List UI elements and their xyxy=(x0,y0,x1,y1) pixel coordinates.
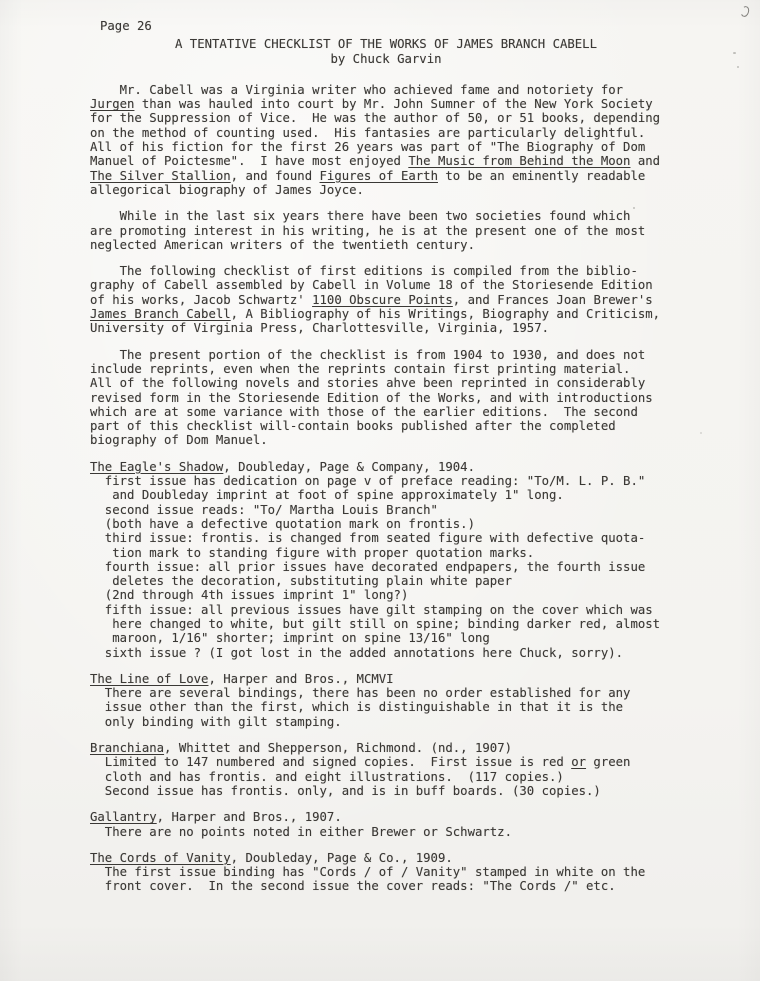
text-segment: are promoting interest in his writing, h… xyxy=(90,224,645,238)
text-segment: fifth issue: all previous issues have gi… xyxy=(90,603,653,617)
underlined-text: Branchiana xyxy=(90,741,164,755)
text-segment: maroon, 1/16" shorter; imprint on spine … xyxy=(90,631,490,645)
text-segment: , Doubleday, Page & Co., 1909. xyxy=(231,851,453,865)
text-segment: biography of Dom Manuel. xyxy=(90,433,268,447)
text-segment: The first issue binding has "Cords / of … xyxy=(90,865,645,879)
text-segment: to be an eminently readable xyxy=(438,169,645,183)
scan-artifact xyxy=(739,5,750,18)
entry-detail-line: fifth issue: all previous issues have gi… xyxy=(90,603,682,617)
text-segment: of his works, Jacob Schwartz' xyxy=(90,293,312,307)
entry-detail-line: fourth issue: all prior issues have deco… xyxy=(90,560,682,574)
text-line: include reprints, even when the reprints… xyxy=(90,362,682,376)
text-line: on the method of counting used. His fant… xyxy=(90,126,682,140)
text-segment: , Harper and Bros., 1907. xyxy=(157,810,342,824)
text-segment: All of the following novels and stories … xyxy=(90,376,645,390)
text-segment: There are no points noted in either Brew… xyxy=(90,825,512,839)
text-segment: tion mark to standing figure with proper… xyxy=(90,546,534,560)
text-line: Jurgen than was hauled into court by Mr.… xyxy=(90,97,682,111)
text-line: While in the last six years there have b… xyxy=(90,209,682,223)
text-line: of his works, Jacob Schwartz' 1100 Obscu… xyxy=(90,293,682,307)
text-segment: third issue: frontis. is changed from se… xyxy=(90,531,645,545)
checklist-entry: The Cords of Vanity, Doubleday, Page & C… xyxy=(90,851,682,894)
text-segment: only binding with gilt stamping. xyxy=(90,715,342,729)
text-line: neglected American writers of the twenti… xyxy=(90,238,682,252)
text-segment: , Harper and Bros., MCMVI xyxy=(208,672,393,686)
text-segment: revised form in the Storiesende Edition … xyxy=(90,391,653,405)
text-segment: front cover. In the second issue the cov… xyxy=(90,879,616,893)
entry-heading: The Eagle's Shadow, Doubleday, Page & Co… xyxy=(90,460,682,474)
entry-heading: The Cords of Vanity, Doubleday, Page & C… xyxy=(90,851,682,865)
underlined-text: The Silver Stallion xyxy=(90,169,231,183)
entry-detail-line: sixth issue ? (I got lost in the added a… xyxy=(90,646,682,660)
entry-detail-line: maroon, 1/16" shorter; imprint on spine … xyxy=(90,631,682,645)
text-segment: for the Suppression of Vice. He was the … xyxy=(90,111,660,125)
entry-heading: The Line of Love, Harper and Bros., MCMV… xyxy=(90,672,682,686)
text-segment: which are at some variance with those of… xyxy=(90,405,638,419)
entry-detail-line: cloth and has frontis. and eight illustr… xyxy=(90,770,682,784)
document-byline: by Chuck Garvin xyxy=(90,52,682,66)
scan-speck xyxy=(700,432,702,434)
text-segment: Mr. Cabell was a Virginia writer who ach… xyxy=(90,83,623,97)
text-line: which are at some variance with those of… xyxy=(90,405,682,419)
entry-detail-line: The first issue binding has "Cords / of … xyxy=(90,865,682,879)
underlined-text: The Eagle's Shadow xyxy=(90,460,223,474)
text-line: The Silver Stallion, and found Figures o… xyxy=(90,169,682,183)
text-line: All of his fiction for the first 26 year… xyxy=(90,140,682,154)
underlined-text: The Line of Love xyxy=(90,672,208,686)
text-segment: Second issue has frontis. only, and is i… xyxy=(90,784,601,798)
text-line: James Branch Cabell, A Bibliography of h… xyxy=(90,307,682,321)
checklist-entry: The Eagle's Shadow, Doubleday, Page & Co… xyxy=(90,460,682,660)
text-segment: than was hauled into court by Mr. John S… xyxy=(134,97,652,111)
text-segment: graphy of Cabell assembled by Cabell in … xyxy=(90,278,653,292)
entry-detail-line: tion mark to standing figure with proper… xyxy=(90,546,682,560)
paragraph: The present portion of the checklist is … xyxy=(90,348,682,448)
entry-heading: Gallantry, Harper and Bros., 1907. xyxy=(90,810,682,824)
text-line: for the Suppression of Vice. He was the … xyxy=(90,111,682,125)
text-segment: Manuel of Poictesme". I have most enjoye… xyxy=(90,154,408,168)
text-segment: on the method of counting used. His fant… xyxy=(90,126,645,140)
page-number-label: Page 26 xyxy=(100,19,682,33)
text-segment: , and found xyxy=(231,169,320,183)
text-segment: sixth issue ? (I got lost in the added a… xyxy=(90,646,623,660)
text-segment: University of Virginia Press, Charlottes… xyxy=(90,321,549,335)
text-line: The following checklist of first edition… xyxy=(90,264,682,278)
text-segment: While in the last six years there have b… xyxy=(90,209,630,223)
scanned-document-page: Page 26 A TENTATIVE CHECKLIST OF THE WOR… xyxy=(0,0,760,981)
text-segment: green xyxy=(586,755,630,769)
text-segment: , A Bibliography of his Writings, Biogra… xyxy=(231,307,660,321)
entry-detail-line: deletes the decoration, substituting pla… xyxy=(90,574,682,588)
entry-detail-line: and Doubleday imprint at foot of spine a… xyxy=(90,488,682,502)
entry-heading: Branchiana, Whittet and Shepperson, Rich… xyxy=(90,741,682,755)
entry-detail-line: (2nd through 4th issues imprint 1" long?… xyxy=(90,588,682,602)
entry-detail-line: There are several bindings, there has be… xyxy=(90,686,682,700)
text-line: biography of Dom Manuel. xyxy=(90,433,682,447)
underlined-text: Gallantry xyxy=(90,810,157,824)
entry-detail-line: here changed to white, but gilt still on… xyxy=(90,617,682,631)
text-segment: first issue has dedication on page v of … xyxy=(90,474,645,488)
text-line: are promoting interest in his writing, h… xyxy=(90,224,682,238)
intro-paragraphs: Mr. Cabell was a Virginia writer who ach… xyxy=(90,83,682,448)
text-segment: allegorical biography of James Joyce. xyxy=(90,183,364,197)
text-segment: and xyxy=(630,154,660,168)
checklist-entry: The Line of Love, Harper and Bros., MCMV… xyxy=(90,672,682,729)
scan-speck xyxy=(737,66,739,68)
underlined-text: The Music from Behind the Moon xyxy=(408,154,630,168)
text-segment: , Doubleday, Page & Company, 1904. xyxy=(223,460,475,474)
text-segment: include reprints, even when the reprints… xyxy=(90,362,630,376)
paragraph: Mr. Cabell was a Virginia writer who ach… xyxy=(90,83,682,197)
text-segment: , and Frances Joan Brewer's xyxy=(453,293,653,307)
entry-detail-line: only binding with gilt stamping. xyxy=(90,715,682,729)
text-segment: fourth issue: all prior issues have deco… xyxy=(90,560,645,574)
text-segment: cloth and has frontis. and eight illustr… xyxy=(90,770,564,784)
underlined-text: James Branch Cabell xyxy=(90,307,231,321)
text-segment: second issue reads: "To/ Martha Louis Br… xyxy=(90,503,438,517)
text-line: revised form in the Storiesende Edition … xyxy=(90,391,682,405)
text-line: graphy of Cabell assembled by Cabell in … xyxy=(90,278,682,292)
underlined-text: or xyxy=(571,755,586,769)
entry-detail-line: issue other than the first, which is dis… xyxy=(90,700,682,714)
scan-speck xyxy=(733,52,736,54)
text-segment: deletes the decoration, substituting pla… xyxy=(90,574,512,588)
text-line: All of the following novels and stories … xyxy=(90,376,682,390)
entry-detail-line: third issue: frontis. is changed from se… xyxy=(90,531,682,545)
text-segment: There are several bindings, there has be… xyxy=(90,686,630,700)
underlined-text: Jurgen xyxy=(90,97,134,111)
text-segment: (both have a defective quotation mark on… xyxy=(90,517,475,531)
underlined-text: 1100 Obscure Points xyxy=(312,293,453,307)
entry-detail-line: Limited to 147 numbered and signed copie… xyxy=(90,755,682,769)
text-line: Manuel of Poictesme". I have most enjoye… xyxy=(90,154,682,168)
text-segment: , Whittet and Shepperson, Richmond. (nd.… xyxy=(164,741,512,755)
text-line: The present portion of the checklist is … xyxy=(90,348,682,362)
text-segment: here changed to white, but gilt still on… xyxy=(90,617,660,631)
entry-detail-line: front cover. In the second issue the cov… xyxy=(90,879,682,893)
entry-detail-line: first issue has dedication on page v of … xyxy=(90,474,682,488)
checklist-entry: Gallantry, Harper and Bros., 1907. There… xyxy=(90,810,682,839)
paragraph: The following checklist of first edition… xyxy=(90,264,682,335)
text-segment: neglected American writers of the twenti… xyxy=(90,238,475,252)
paragraph: While in the last six years there have b… xyxy=(90,209,682,252)
text-line: allegorical biography of James Joyce. xyxy=(90,183,682,197)
text-segment: issue other than the first, which is dis… xyxy=(90,700,623,714)
underlined-text: Figures of Earth xyxy=(320,169,438,183)
document-title: A TENTATIVE CHECKLIST OF THE WORKS OF JA… xyxy=(90,37,682,51)
text-line: part of this checklist will-contain book… xyxy=(90,419,682,433)
text-segment: The present portion of the checklist is … xyxy=(90,348,645,362)
text-line: Mr. Cabell was a Virginia writer who ach… xyxy=(90,83,682,97)
page-content: Page 26 A TENTATIVE CHECKLIST OF THE WOR… xyxy=(90,19,682,906)
text-segment: All of his fiction for the first 26 year… xyxy=(90,140,645,154)
text-segment: Limited to 147 numbered and signed copie… xyxy=(90,755,571,769)
underlined-text: The Cords of Vanity xyxy=(90,851,231,865)
entry-detail-line: Second issue has frontis. only, and is i… xyxy=(90,784,682,798)
entry-detail-line: second issue reads: "To/ Martha Louis Br… xyxy=(90,503,682,517)
text-segment: (2nd through 4th issues imprint 1" long?… xyxy=(90,588,408,602)
text-segment: part of this checklist will-contain book… xyxy=(90,419,616,433)
checklist-entries: The Eagle's Shadow, Doubleday, Page & Co… xyxy=(90,460,682,894)
checklist-entry: Branchiana, Whittet and Shepperson, Rich… xyxy=(90,741,682,798)
text-segment: and Doubleday imprint at foot of spine a… xyxy=(90,488,564,502)
entry-detail-line: (both have a defective quotation mark on… xyxy=(90,517,682,531)
text-line: University of Virginia Press, Charlottes… xyxy=(90,321,682,335)
text-segment: The following checklist of first edition… xyxy=(90,264,638,278)
entry-detail-line: There are no points noted in either Brew… xyxy=(90,825,682,839)
